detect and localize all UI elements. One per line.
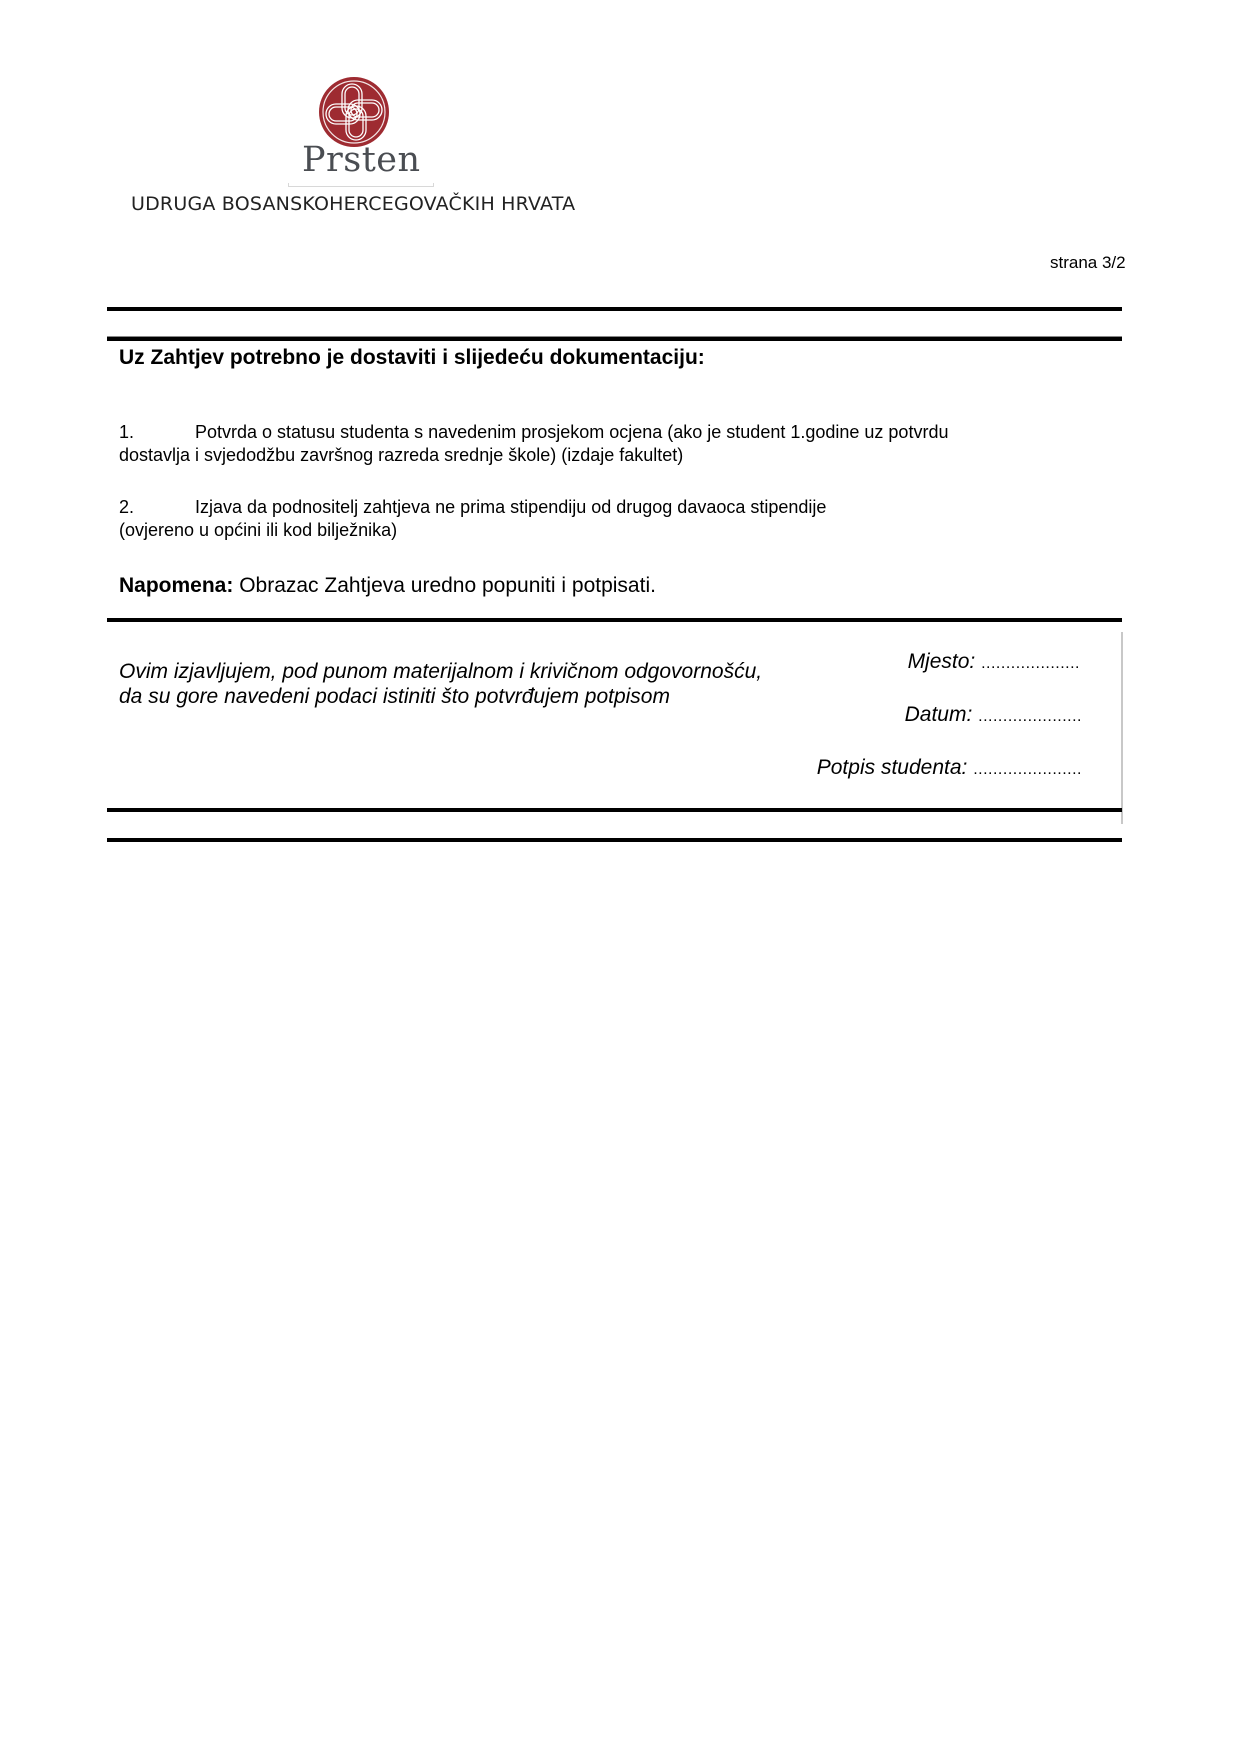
signature-field[interactable]: Potpis studenta: ...................... xyxy=(682,756,1082,780)
signature-blank[interactable]: ...................... xyxy=(973,761,1082,778)
divider-section xyxy=(107,336,1122,341)
section-heading: Uz Zahtjev potrebno je dostaviti i slije… xyxy=(119,346,705,370)
place-label: Mjesto: xyxy=(908,650,976,673)
date-field[interactable]: Datum: ..................... xyxy=(682,703,1082,727)
list-item: 2.Izjava da podnositelj zahtjeva ne prim… xyxy=(119,496,1099,542)
item-text-continued: dostavlja i svjedodžbu završnog razreda … xyxy=(119,444,1099,467)
item-text-continued: (ovjereno u općini ili kod bilježnika) xyxy=(119,519,1099,542)
declaration-box-edge xyxy=(1121,632,1123,824)
item-number: 1. xyxy=(119,421,195,444)
note: Napomena: Obrazac Zahtjeva uredno popuni… xyxy=(119,574,656,598)
logo-wordmark: Prsten xyxy=(302,140,421,180)
item-text: Potvrda o statusu studenta s navedenim p… xyxy=(195,422,948,442)
item-number: 2. xyxy=(119,496,195,519)
prsten-knot-icon xyxy=(318,76,390,148)
note-text: Obrazac Zahtjeva uredno popuniti i potpi… xyxy=(233,574,656,597)
date-blank[interactable]: ..................... xyxy=(978,708,1082,725)
divider-top xyxy=(107,307,1122,311)
page-number: strana 3/2 xyxy=(1050,253,1126,273)
place-blank[interactable]: .................... xyxy=(981,655,1080,672)
note-label: Napomena: xyxy=(119,574,233,597)
declaration-line: Ovim izjavljujem, pod punom materijalnom… xyxy=(119,659,762,684)
divider-bottom xyxy=(107,838,1122,842)
logo-emblem xyxy=(318,76,390,148)
divider-declaration-bottom xyxy=(107,808,1122,812)
signature-label: Potpis studenta: xyxy=(817,756,968,779)
declaration-line: da su gore navedeni podaci istiniti što … xyxy=(119,684,762,709)
logo-underline xyxy=(288,183,434,187)
organization-name: UDRUGA BOSANSKOHERCEGOVAČKIH HRVATA xyxy=(131,193,575,215)
item-text: Izjava da podnositelj zahtjeva ne prima … xyxy=(195,497,826,517)
declaration-text: Ovim izjavljujem, pod punom materijalnom… xyxy=(119,659,762,709)
date-label: Datum: xyxy=(905,703,973,726)
list-item: 1.Potvrda o statusu studenta s navedenim… xyxy=(119,421,1099,467)
divider-declaration-top xyxy=(107,618,1122,622)
place-field[interactable]: Mjesto: .................... xyxy=(680,650,1080,674)
